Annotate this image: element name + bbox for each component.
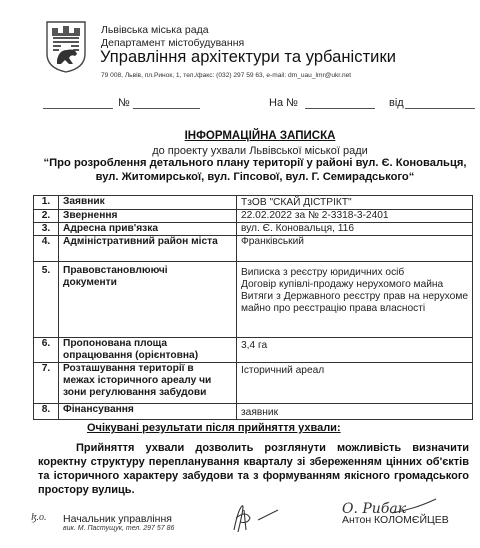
- row-number: 8.: [34, 404, 59, 420]
- row-value: ТзОВ "СКАЙ ДІСТРІКТ": [237, 196, 473, 210]
- table-row: 2. Звернення 22.02.2022 за № 2-3318-3-24…: [34, 210, 473, 223]
- row-label: Пропонована площа опрацювання (орієнтовн…: [59, 338, 237, 363]
- row-value: Франківський: [237, 236, 473, 262]
- acting-mark: ɮ.о.: [31, 512, 47, 523]
- row-number: 2.: [34, 210, 59, 223]
- outgoing-number-label: №: [118, 97, 130, 109]
- signer-name: Антон КОЛОМЄЙЦЕВ: [342, 514, 449, 526]
- table-row: 3. Адресна прив'язка вул. Є. Коновальця,…: [34, 223, 473, 236]
- in-reply-label: На №: [269, 97, 298, 109]
- in-reply-date-line: [405, 108, 475, 109]
- executor-info: вик. М. Пастущук, тел. 297 57 86: [63, 525, 174, 532]
- row-value-documents: Виписка з реєстру юридичних осіб Договір…: [237, 262, 473, 338]
- document-title: ІНФОРМАЦІЙНА ЗАПИСКА: [0, 130, 480, 142]
- document-subtitle: до проекту ухвали Львівської міської рад…: [0, 145, 480, 157]
- info-table: 1. Заявник ТзОВ "СКАЙ ДІСТРІКТ" 2. Зверн…: [33, 195, 473, 420]
- org-line-directorate: Управління архітектури та урбаністики: [100, 48, 396, 67]
- outgoing-date-line: [43, 108, 113, 109]
- row-label: Правовстановлюючі документи: [59, 262, 237, 338]
- row-number: 7.: [34, 363, 59, 404]
- row-value: вул. Є. Коновальця, 116: [237, 223, 473, 236]
- document-item: Договір купівлі-продажу нерухомого майна: [241, 279, 468, 291]
- row-value: заявник: [237, 404, 473, 420]
- row-number: 6.: [34, 338, 59, 363]
- row-value: 22.02.2022 за № 2-3318-3-2401: [237, 210, 473, 223]
- table-row: 7. Розташування території в межах істори…: [34, 363, 473, 404]
- row-label: Адміністративний район міста: [59, 236, 237, 262]
- row-value: Історичний ареал: [237, 363, 473, 404]
- document-item: Витяги з Державного реєстру прав на неру…: [241, 291, 468, 315]
- document-item: Виписка з реєстру юридичних осіб: [241, 267, 468, 279]
- row-number: 3.: [34, 223, 59, 236]
- row-value: 3,4 га: [237, 338, 473, 363]
- date-label: від: [389, 97, 404, 109]
- row-number: 5.: [34, 262, 59, 338]
- row-label: Звернення: [59, 210, 237, 223]
- row-label: Заявник: [59, 196, 237, 210]
- table-row: 4. Адміністративний район міста Франківс…: [34, 236, 473, 262]
- results-paragraph: Прийняття ухвали дозволить розглянути мо…: [38, 441, 469, 497]
- results-heading: Очікувані результати після прийняття ухв…: [87, 422, 341, 434]
- table-row: 6. Пропонована площа опрацювання (орієнт…: [34, 338, 473, 363]
- table-row: 5. Правовстановлюючі документи Виписка з…: [34, 262, 473, 338]
- table-row: 8. Фінансування заявник: [34, 404, 473, 420]
- signer-position: Начальник управління: [63, 513, 172, 525]
- handwritten-signature-icon: [228, 500, 280, 534]
- row-number: 4.: [34, 236, 59, 262]
- table-row: 1. Заявник ТзОВ "СКАЙ ДІСТРІКТ": [34, 196, 473, 210]
- org-contact-address: 79 008, Львів, пл.Ринок, 1, тел./факс: (…: [101, 72, 351, 79]
- row-label: Розташування території в межах історично…: [59, 363, 237, 404]
- coat-of-arms-icon: [45, 20, 87, 74]
- in-reply-number-line: [305, 108, 375, 109]
- row-number: 1.: [34, 196, 59, 210]
- org-line-city-council: Львівська міська рада: [101, 24, 209, 36]
- document-topic-line2: вул. Житомирської, вул. Гіпсової, вул. Г…: [0, 171, 480, 183]
- outgoing-number-line: [133, 108, 200, 109]
- document-topic-line1: “Про розроблення детального плану терито…: [0, 157, 480, 169]
- row-label: Фінансування: [59, 404, 237, 420]
- row-label: Адресна прив'язка: [59, 223, 237, 236]
